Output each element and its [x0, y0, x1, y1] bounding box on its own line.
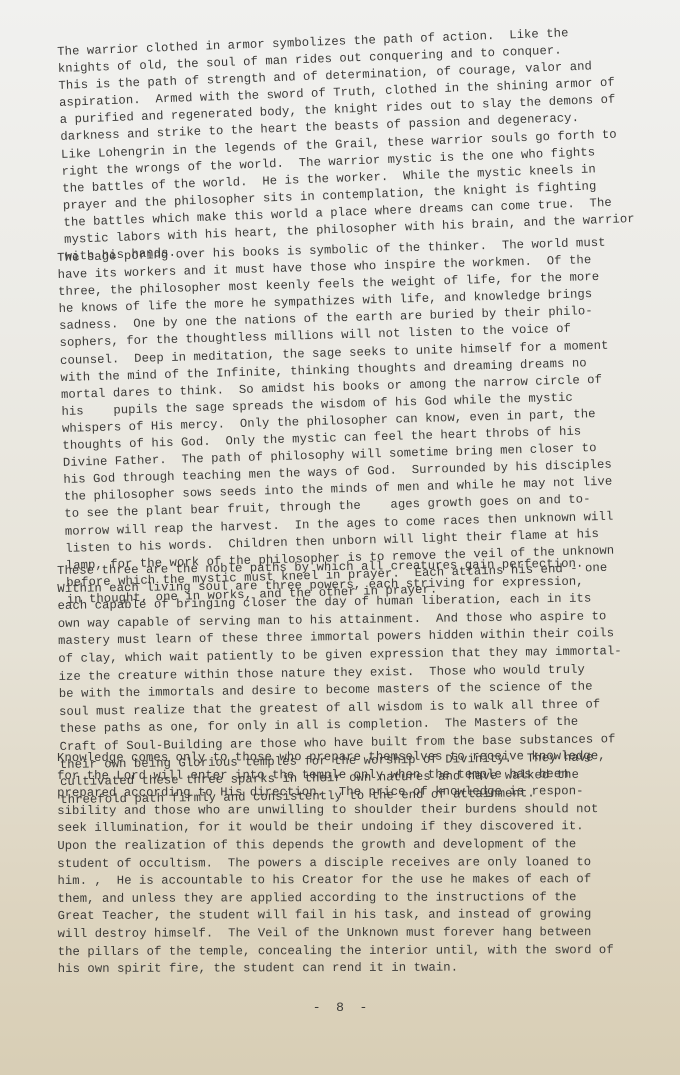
paragraph-knowledge: Knowledge comes only to those who prepar… — [57, 748, 658, 979]
paragraph-warrior: The warrior clothed in armor symbolizes … — [57, 22, 665, 266]
text-line: student of occultism. The powers a disci… — [57, 853, 657, 873]
text-line: for the Lord will enter into the temple … — [57, 765, 657, 785]
text-line: will destroy himself. The Veil of the Un… — [58, 924, 658, 944]
text-line: them, and unless they are applied accord… — [57, 889, 657, 909]
text-line: the pillars of the temple, concealing th… — [58, 941, 658, 961]
paragraph-sage: The sage poring over his books is symbol… — [57, 233, 667, 609]
text-line: him. , He is accountable to his Creator … — [57, 871, 657, 891]
text-line: Great Teacher, the student will fail in … — [58, 906, 658, 926]
text-line: Upon the realization of this depends the… — [57, 836, 657, 856]
text-line: seek illumination, for it would be their… — [57, 818, 657, 838]
text-line: his own spirit fire, the student can ren… — [58, 959, 658, 979]
typewritten-page: The warrior clothed in armor symbolizes … — [0, 0, 680, 1075]
text-line: sibility and those who are unwilling to … — [57, 801, 657, 821]
text-line: prepared according to His direction. The… — [57, 783, 657, 803]
page-number: - 8 - — [0, 1000, 680, 1015]
text-line: Knowledge comes only to those who prepar… — [57, 748, 657, 768]
